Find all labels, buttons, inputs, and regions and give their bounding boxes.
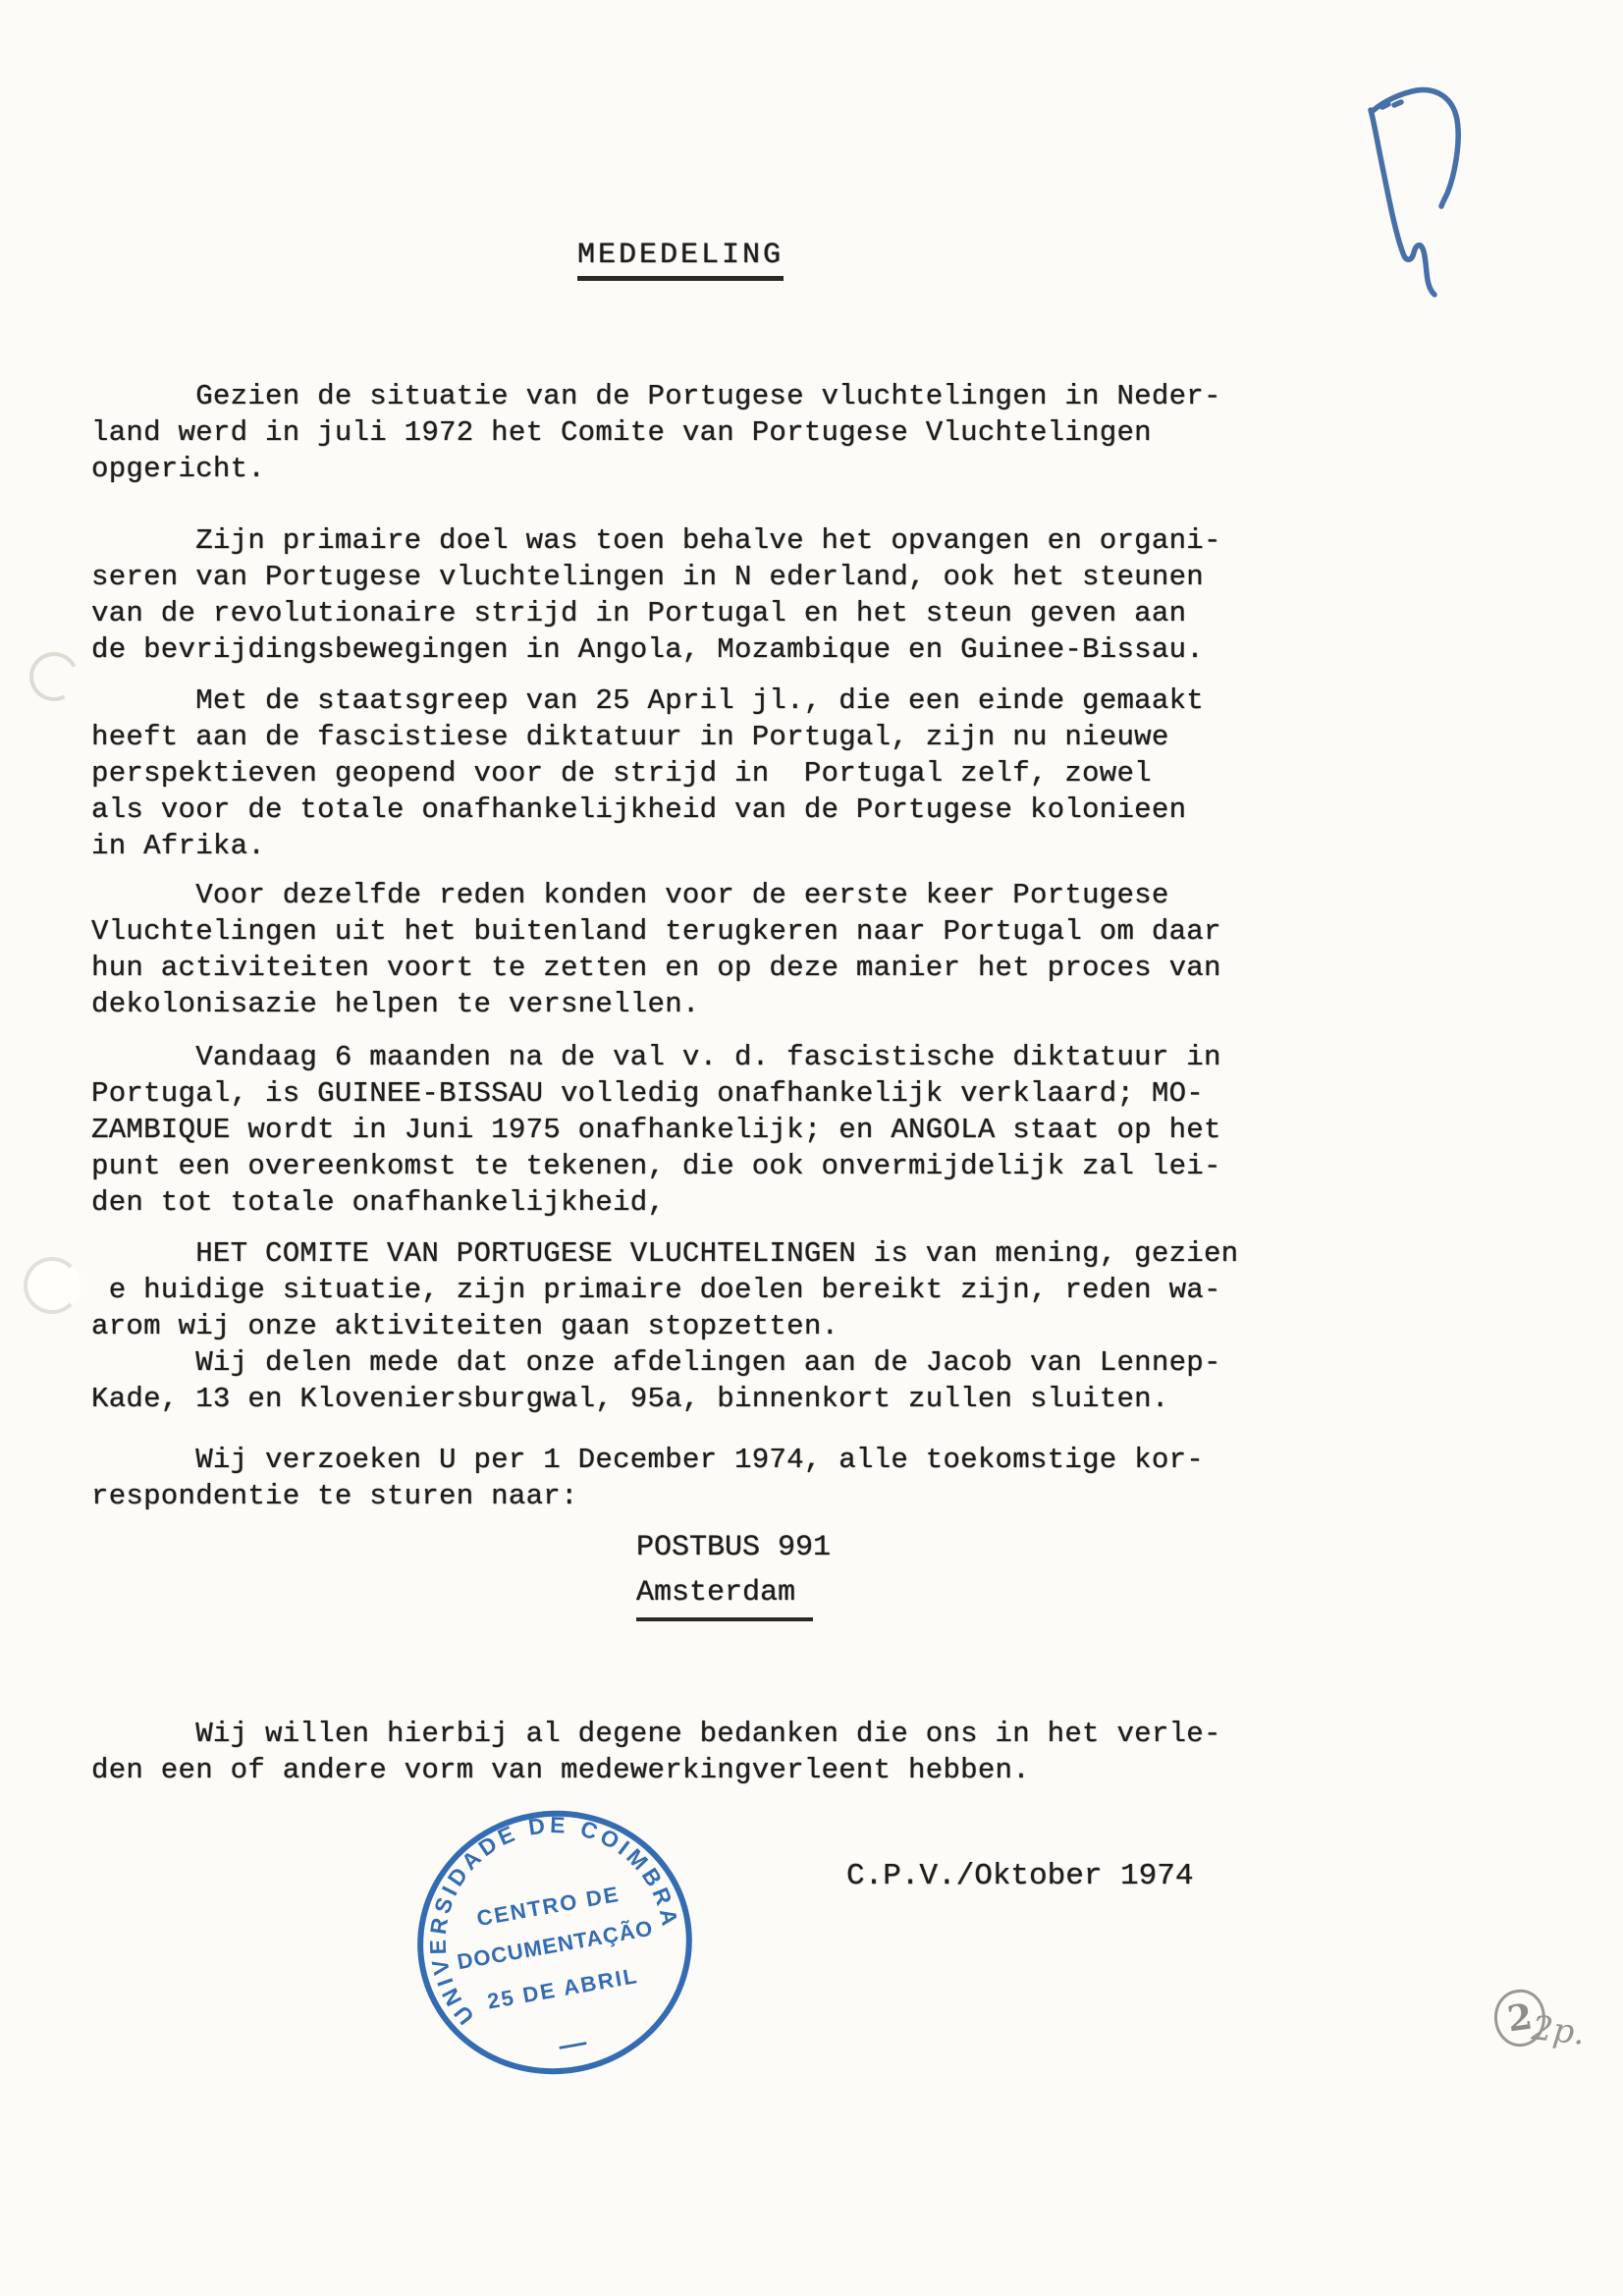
paragraph-2: Zijn primaire doel was toen behalve het … bbox=[91, 522, 1221, 668]
stamp-center-line1: CENTRO DE bbox=[475, 1882, 622, 1931]
library-stamp: UNIVERSIDADE DE COIMBRA — CENTRO DE DOCU… bbox=[407, 1797, 702, 2087]
stamp-ring-dash: — bbox=[557, 2026, 589, 2060]
pencil-note: 2p. bbox=[1530, 2008, 1587, 2052]
document-title: MEDEDELING bbox=[577, 239, 784, 281]
paragraph-8: Wij willen hierbij al degene bedanken di… bbox=[91, 1716, 1221, 1788]
page-number-annotation: 2 2p. bbox=[1494, 1982, 1612, 2080]
postbus-line: POSTBUS 991 bbox=[636, 1525, 831, 1570]
scanned-document-page: MEDEDELING Gezien de situatie van de Por… bbox=[0, 0, 1623, 2296]
paragraph-6: HET COMITE VAN PORTUGESE VLUCHTELINGEN i… bbox=[91, 1235, 1238, 1417]
pen-mark-scribble bbox=[1335, 69, 1512, 324]
city-line: Amsterdam bbox=[636, 1570, 813, 1621]
stamp-center-line3: 25 DE ABRIL bbox=[485, 1963, 640, 2014]
paragraph-1: Gezien de situatie van de Portugese vluc… bbox=[91, 378, 1221, 487]
paragraph-7: Wij verzoeken U per 1 December 1974, all… bbox=[91, 1442, 1204, 1514]
address-block: POSTBUS 991 Amsterdam bbox=[636, 1525, 831, 1621]
signoff: C.P.V./Oktober 1974 bbox=[846, 1859, 1193, 1893]
punch-hole bbox=[23, 645, 84, 707]
paragraph-5: Vandaag 6 maanden na de val v. d. fascis… bbox=[91, 1039, 1221, 1221]
punch-hole bbox=[24, 1257, 81, 1314]
paragraph-4: Voor dezelfde reden konden voor de eerst… bbox=[91, 877, 1221, 1022]
paragraph-3: Met de staatsgreep van 25 April jl., die… bbox=[91, 683, 1204, 864]
